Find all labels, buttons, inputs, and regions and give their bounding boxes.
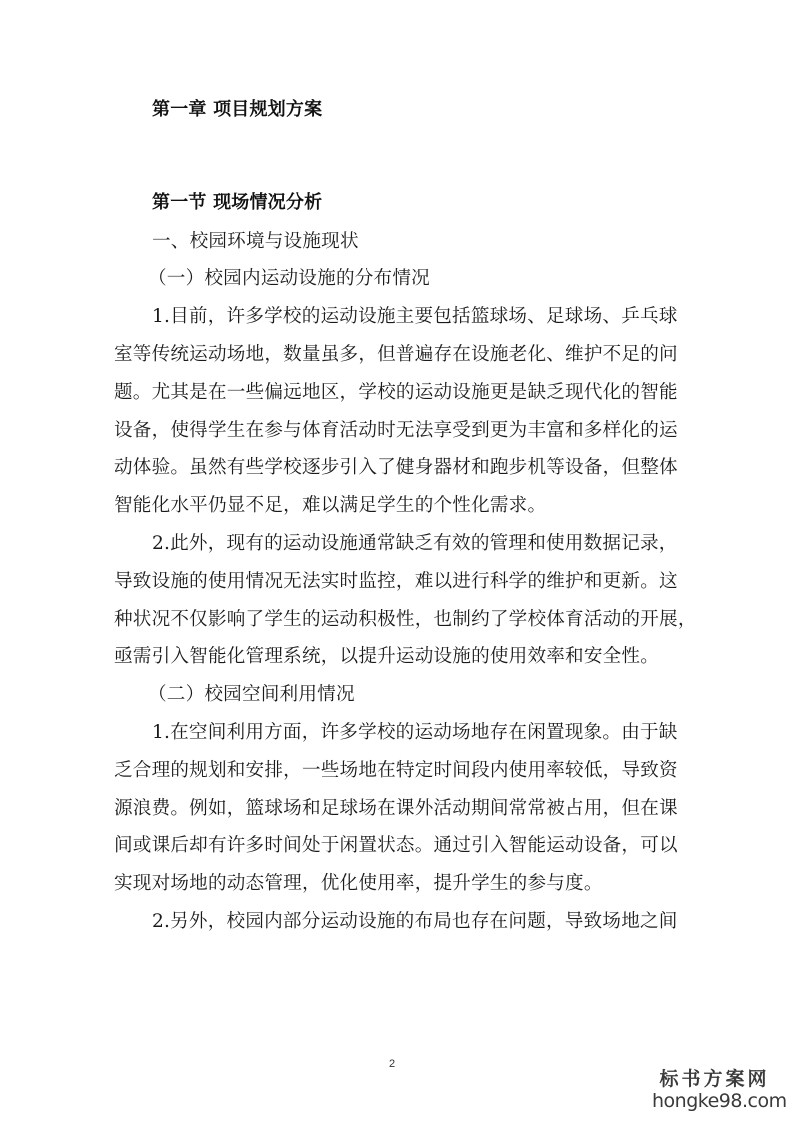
page-number: 2 [389, 1058, 395, 1070]
document-page: 第一章 项目规划方案 第一节 现场情况分析 一、校园环境与设施现状 （一）校园内… [0, 0, 793, 1122]
chapter-title: 第一章 项目规划方案 [152, 98, 322, 122]
section-title: 第一节 现场情况分析 [152, 191, 322, 215]
paragraph-line: 题。尤其是在一些偏远地区，学校的运动设施更是缺乏现代化的智能 [114, 381, 674, 405]
paragraph-line: 导致设施的使用情况无法实时监控，难以进行科学的维护和更新。这 [114, 570, 674, 594]
paragraph-line: 亟需引入智能化管理系统，以提升运动设施的使用效率和安全性。 [114, 645, 674, 669]
paragraph-line: 间或课后却有许多时间处于闲置状态。通过引入智能运动设备，可以 [114, 834, 674, 858]
subheading-facility-distribution: （一）校园内运动设施的分布情况 [148, 267, 430, 291]
subheading-space-utilization: （二）校园空间利用情况 [148, 683, 355, 707]
paragraph-line: 实现对场地的动态管理，优化使用率，提升学生的参与度。 [114, 872, 674, 896]
watermark-cn-text: 标书方案网 [652, 1068, 777, 1090]
paragraph-line: 种状况不仅影响了学生的运动积极性，也制约了学校体育活动的开展， [114, 608, 674, 632]
paragraph-line: 1.在空间利用方面，许多学校的运动场地存在闲置现象。由于缺 [152, 721, 674, 745]
paragraph-line: 源浪费。例如，篮球场和足球场在课外活动期间常常被占用，但在课 [114, 797, 674, 821]
heading-campus-environment: 一、校园环境与设施现状 [152, 230, 359, 254]
paragraph-line: 2.另外，校园内部分运动设施的布局也存在问题，导致场地之间 [152, 910, 674, 934]
paragraph-line: 智能化水平仍显不足，难以满足学生的个性化需求。 [114, 494, 674, 518]
watermark-url-text: hongke98.com [652, 1090, 777, 1112]
paragraph-line: 1.目前，许多学校的运动设施主要包括篮球场、足球场、乒乓球 [152, 305, 674, 329]
paragraph-line: 动体验。虽然有些学校逐步引入了健身器材和跑步机等设备，但整体 [114, 456, 674, 480]
paragraph-line: 乏合理的规划和安排，一些场地在特定时间段内使用率较低，导致资 [114, 759, 674, 783]
paragraph-line: 2.此外，现有的运动设施通常缺乏有效的管理和使用数据记录， [152, 532, 674, 556]
paragraph-line: 设备，使得学生在参与体育活动时无法享受到更为丰富和多样化的运 [114, 419, 674, 443]
paragraph-line: 室等传统运动场地，数量虽多，但普遍存在设施老化、维护不足的问 [114, 343, 674, 367]
watermark-logo: 标书方案网 hongke98.com [652, 1068, 777, 1112]
